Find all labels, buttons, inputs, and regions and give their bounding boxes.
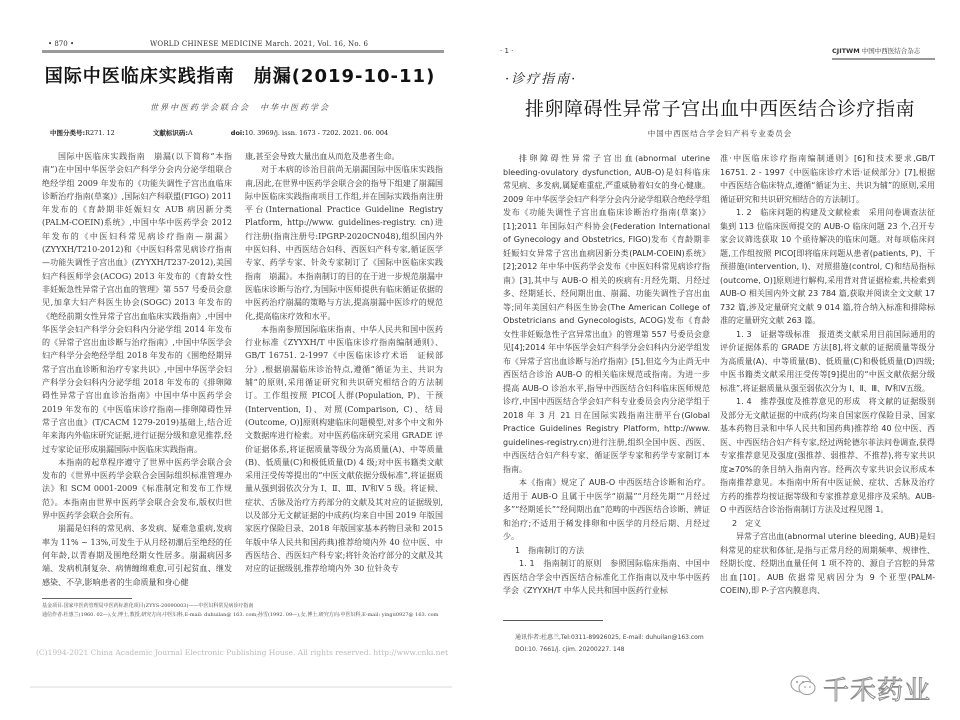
paragraph: 本指南的起草程序遵守了世界中医药学会联合会发布的《世界中医药学会联合会国际组织标… bbox=[42, 456, 232, 522]
section-heading: 2 定义 bbox=[720, 517, 935, 531]
paragraph: 1. 4 推荐强度及推荐意见的形成 将文献的证据级别及部分无文献证据的中成药(均… bbox=[720, 395, 935, 517]
doi-label: doi: bbox=[231, 129, 245, 137]
body-column-2: 康,甚至会导致大量出血从而危及患者生命。 对于本病的诊治目前尚无崩漏国际中医临床… bbox=[245, 150, 443, 576]
journal-header: CJITWM 中国中西医结合杂志 bbox=[832, 46, 920, 55]
body-column-1: 国际中医临床实践指南 崩漏(以下简称“本指南”)在中国中华医学会妇产科学分会内分… bbox=[42, 150, 232, 589]
paragraph: 对于本病的诊治目前尚无崩漏国际中医临床实践指南,因此,在世界中医药学会联合会的指… bbox=[245, 163, 443, 323]
body-column-1: 排卵障碍性异常子宫出血(abnormal uterine bleeding-ov… bbox=[503, 152, 710, 598]
paragraph: 异常子宫出血(abnormal uterine bleeding, AUB)是妇… bbox=[720, 530, 935, 598]
wechat-icon bbox=[790, 674, 816, 696]
header-rule bbox=[832, 58, 935, 60]
left-journal-page: • 870 • WORLD CHINESE MEDICINE March. 20… bbox=[0, 0, 480, 720]
paragraph: 本指南参照国际临床指南、中华人民共和国中医药行业标准《ZYYXH/T 中医临床诊… bbox=[245, 323, 443, 576]
doi-value: 10. 3969/j. issn. 1673 - 7202. 2021. 06.… bbox=[245, 129, 388, 137]
doc-code-label: 文献标识码: bbox=[153, 129, 188, 137]
paragraph: 崩漏是妇科的常见病、多发病、疑难急重病,发病率为 11% ~ 13%,可发生于从… bbox=[42, 522, 232, 588]
paragraph: 本《指南》规定了 AUB-O 中西医结合诊断和治疗。适用于 AUB-O 且属于中… bbox=[503, 476, 710, 544]
paragraph: 1. 2 临床问题的构建及文献检索 采用问卷调查法征集到 113 位临床医师提交… bbox=[720, 206, 935, 328]
correspondence-note: 通信作者:杜惠兰(1960. 02—),女,博士,教授,研究方向:中医妇科,E-… bbox=[42, 611, 447, 620]
page-number: • 870 • bbox=[48, 40, 74, 48]
journal-name: 中国中西医结合杂志 bbox=[862, 47, 921, 55]
paragraph: 准·中医临床诊疗指南编制通则》[6]和技术要求,GB/T 16751. 2 - … bbox=[720, 152, 935, 206]
paragraph: 排卵障碍性异常子宫出血(abnormal uterine bleeding-ov… bbox=[503, 152, 710, 476]
section-label: ·诊疗指南· bbox=[505, 68, 577, 87]
copyright-notice: (C)1994-2021 China Academic Journal Elec… bbox=[36, 648, 456, 657]
clc-value: R271. 12 bbox=[85, 129, 115, 137]
doc-code-value: A bbox=[188, 129, 193, 137]
header-rule bbox=[42, 50, 444, 53]
article-authors: 世界中医药学会联合会 中华中医药学会 bbox=[0, 102, 480, 113]
correspondence-note: 通讯作者:杜惠兰,Tel:0311-89926025, E-mail: duhu… bbox=[503, 632, 713, 644]
paragraph: 1. 3 证据等级标准 报道类文献采用目前国际通用的评价证据体系的 GRADE … bbox=[720, 328, 935, 396]
paragraph: 康,甚至会导致大量出血从而危及患者生命。 bbox=[245, 150, 443, 163]
article-title: 国际中医临床实践指南 崩漏(2019-10-11) bbox=[0, 62, 480, 88]
paragraph: 1. 1 指南制订的原则 参照国际临床指南、中国中西医结合学会中西医结合标准化工… bbox=[503, 557, 710, 598]
journal-abbr: CJITWM bbox=[832, 47, 860, 55]
watermark-text: 千禾药业 bbox=[823, 670, 931, 707]
section-heading: 1 指南制订的方法 bbox=[503, 544, 710, 558]
footnotes: 通讯作者:杜惠兰,Tel:0311-89926025, E-mail: duhu… bbox=[503, 632, 713, 656]
clc-label: 中图分类号: bbox=[50, 129, 85, 137]
journal-citation: WORLD CHINESE MEDICINE March. 2021, Vol.… bbox=[150, 40, 368, 48]
doi-note: DOI:10. 7661/j. cjim. 20200227. 148 bbox=[503, 644, 713, 656]
footnote-rule bbox=[503, 620, 603, 621]
article-authors: 中国中西医结合学会妇产科专业委员会 bbox=[480, 128, 960, 139]
page-number: · 1 · bbox=[500, 47, 513, 55]
page-bottom-edge bbox=[30, 686, 452, 688]
paragraph: 国际中医临床实践指南 崩漏(以下简称“本指南”)在中国中华医学会妇产科学分会内分… bbox=[42, 150, 232, 456]
footnotes: 基金项目:国家中医药管理局中医药标准化项目(ZYYS-20090003)——中医… bbox=[42, 602, 447, 619]
watermark: 千禾药业 bbox=[790, 670, 960, 710]
article-title: 排卵障碍性异常子宫出血中西医结合诊疗指南 bbox=[480, 94, 960, 121]
article-meta: 中图分类号:R271. 12 文献标识码:A doi:10. 3969/j. i… bbox=[50, 128, 450, 137]
funding-note: 基金项目:国家中医药管理局中医药标准化项目(ZYYS-20090003)——中医… bbox=[42, 602, 447, 611]
footnote-rule bbox=[42, 598, 132, 599]
body-column-2: 准·中医临床诊疗指南编制通则》[6]和技术要求,GB/T 16751. 2 - … bbox=[720, 152, 935, 598]
